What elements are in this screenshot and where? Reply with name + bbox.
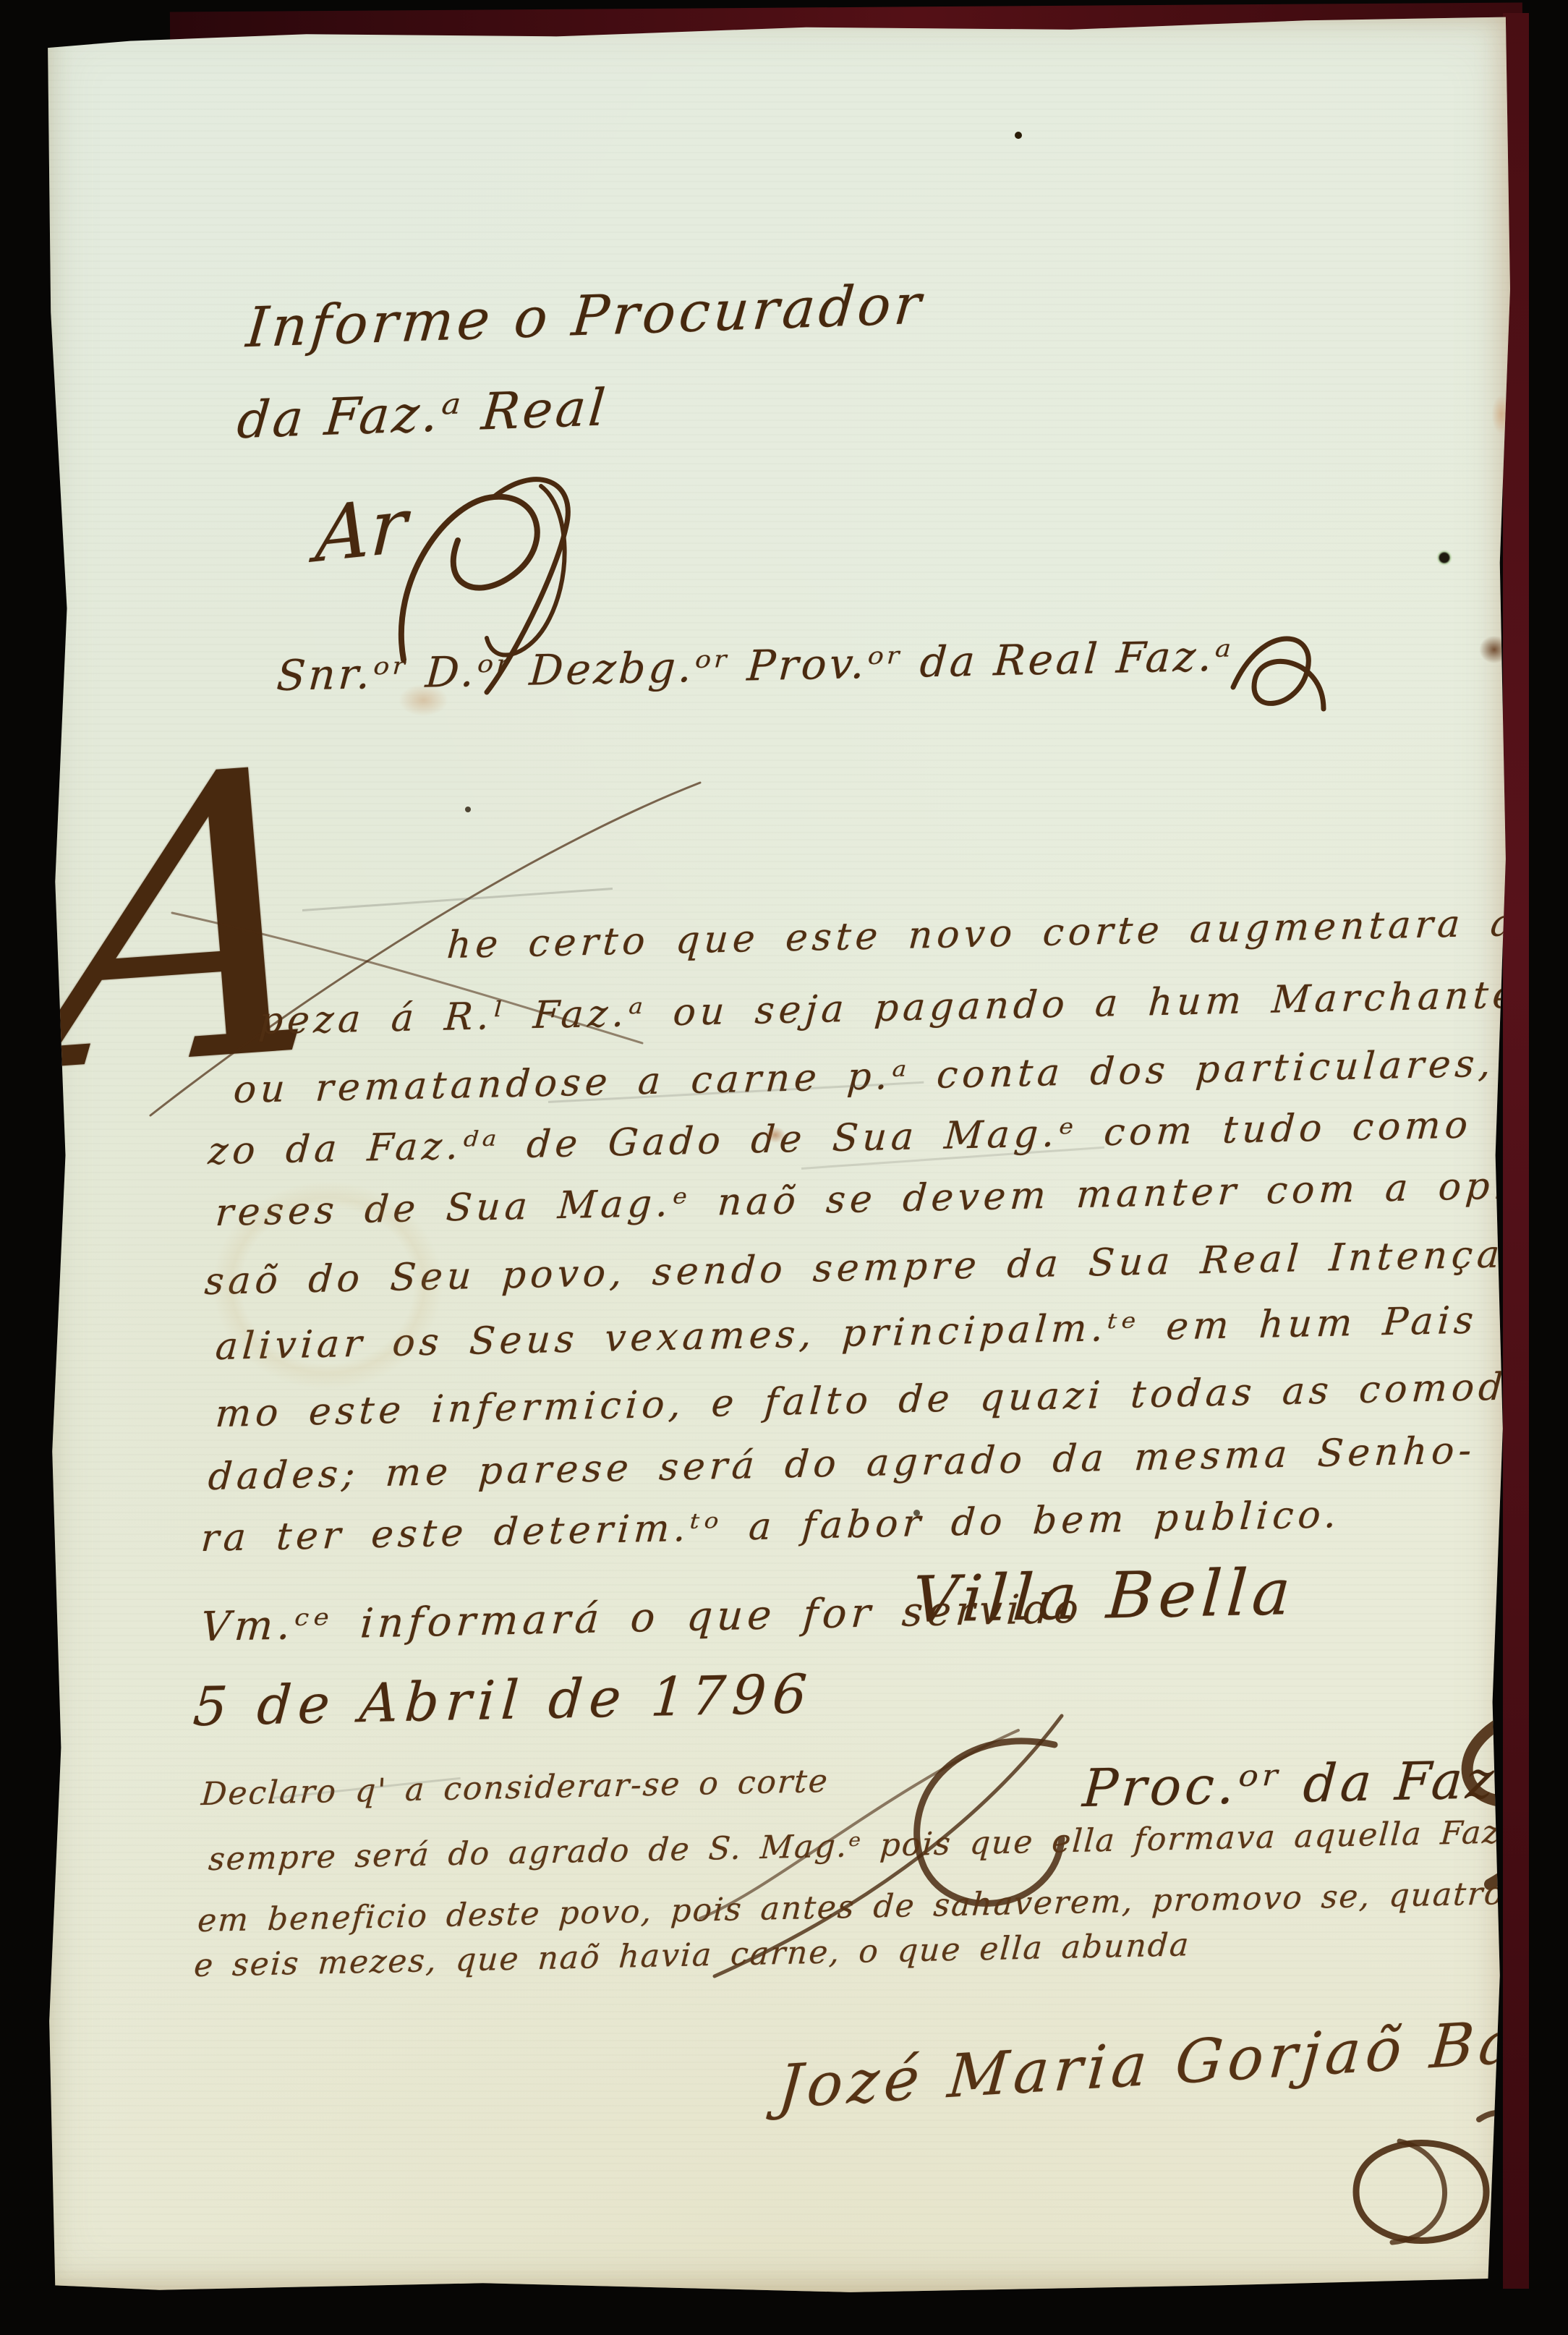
body-line: ra ter este deterim.ᵗᵒ a fabor do bem pu… xyxy=(200,1493,1342,1560)
procurator-paraph-icon xyxy=(1428,1707,1559,1902)
body-line: reses de Sua Mag.ᵉ naõ se devem manter c… xyxy=(214,1163,1561,1235)
body-line: aliviar os Seus vexames, principalm.ᵗᵉ e… xyxy=(214,1297,1568,1369)
body-line: dades; me parese será do agrado da mesma… xyxy=(207,1429,1477,1499)
photograph-of-manuscript: { "document": { "language": "Portuguese"… xyxy=(0,0,1568,2335)
body-line: saõ do Seu povo, sendo sempre da Sua Rea… xyxy=(203,1233,1532,1304)
ink-speck xyxy=(1015,132,1022,139)
header-line-1: Informe o Procurador xyxy=(244,271,927,360)
body-line: mo este infermicio, e falto de quazi tod… xyxy=(214,1365,1542,1436)
place-signature: Villa Bella xyxy=(910,1554,1298,1637)
document-page: Informe o Procurador da Faz.ᵃ Real Ar Sn… xyxy=(42,16,1512,2294)
wormhole xyxy=(1434,548,1454,568)
header-line-2: da Faz.ᵃ Real xyxy=(235,378,610,450)
signature-paraph-icon xyxy=(1313,2098,1530,2286)
address-paraph-icon xyxy=(1215,608,1338,745)
